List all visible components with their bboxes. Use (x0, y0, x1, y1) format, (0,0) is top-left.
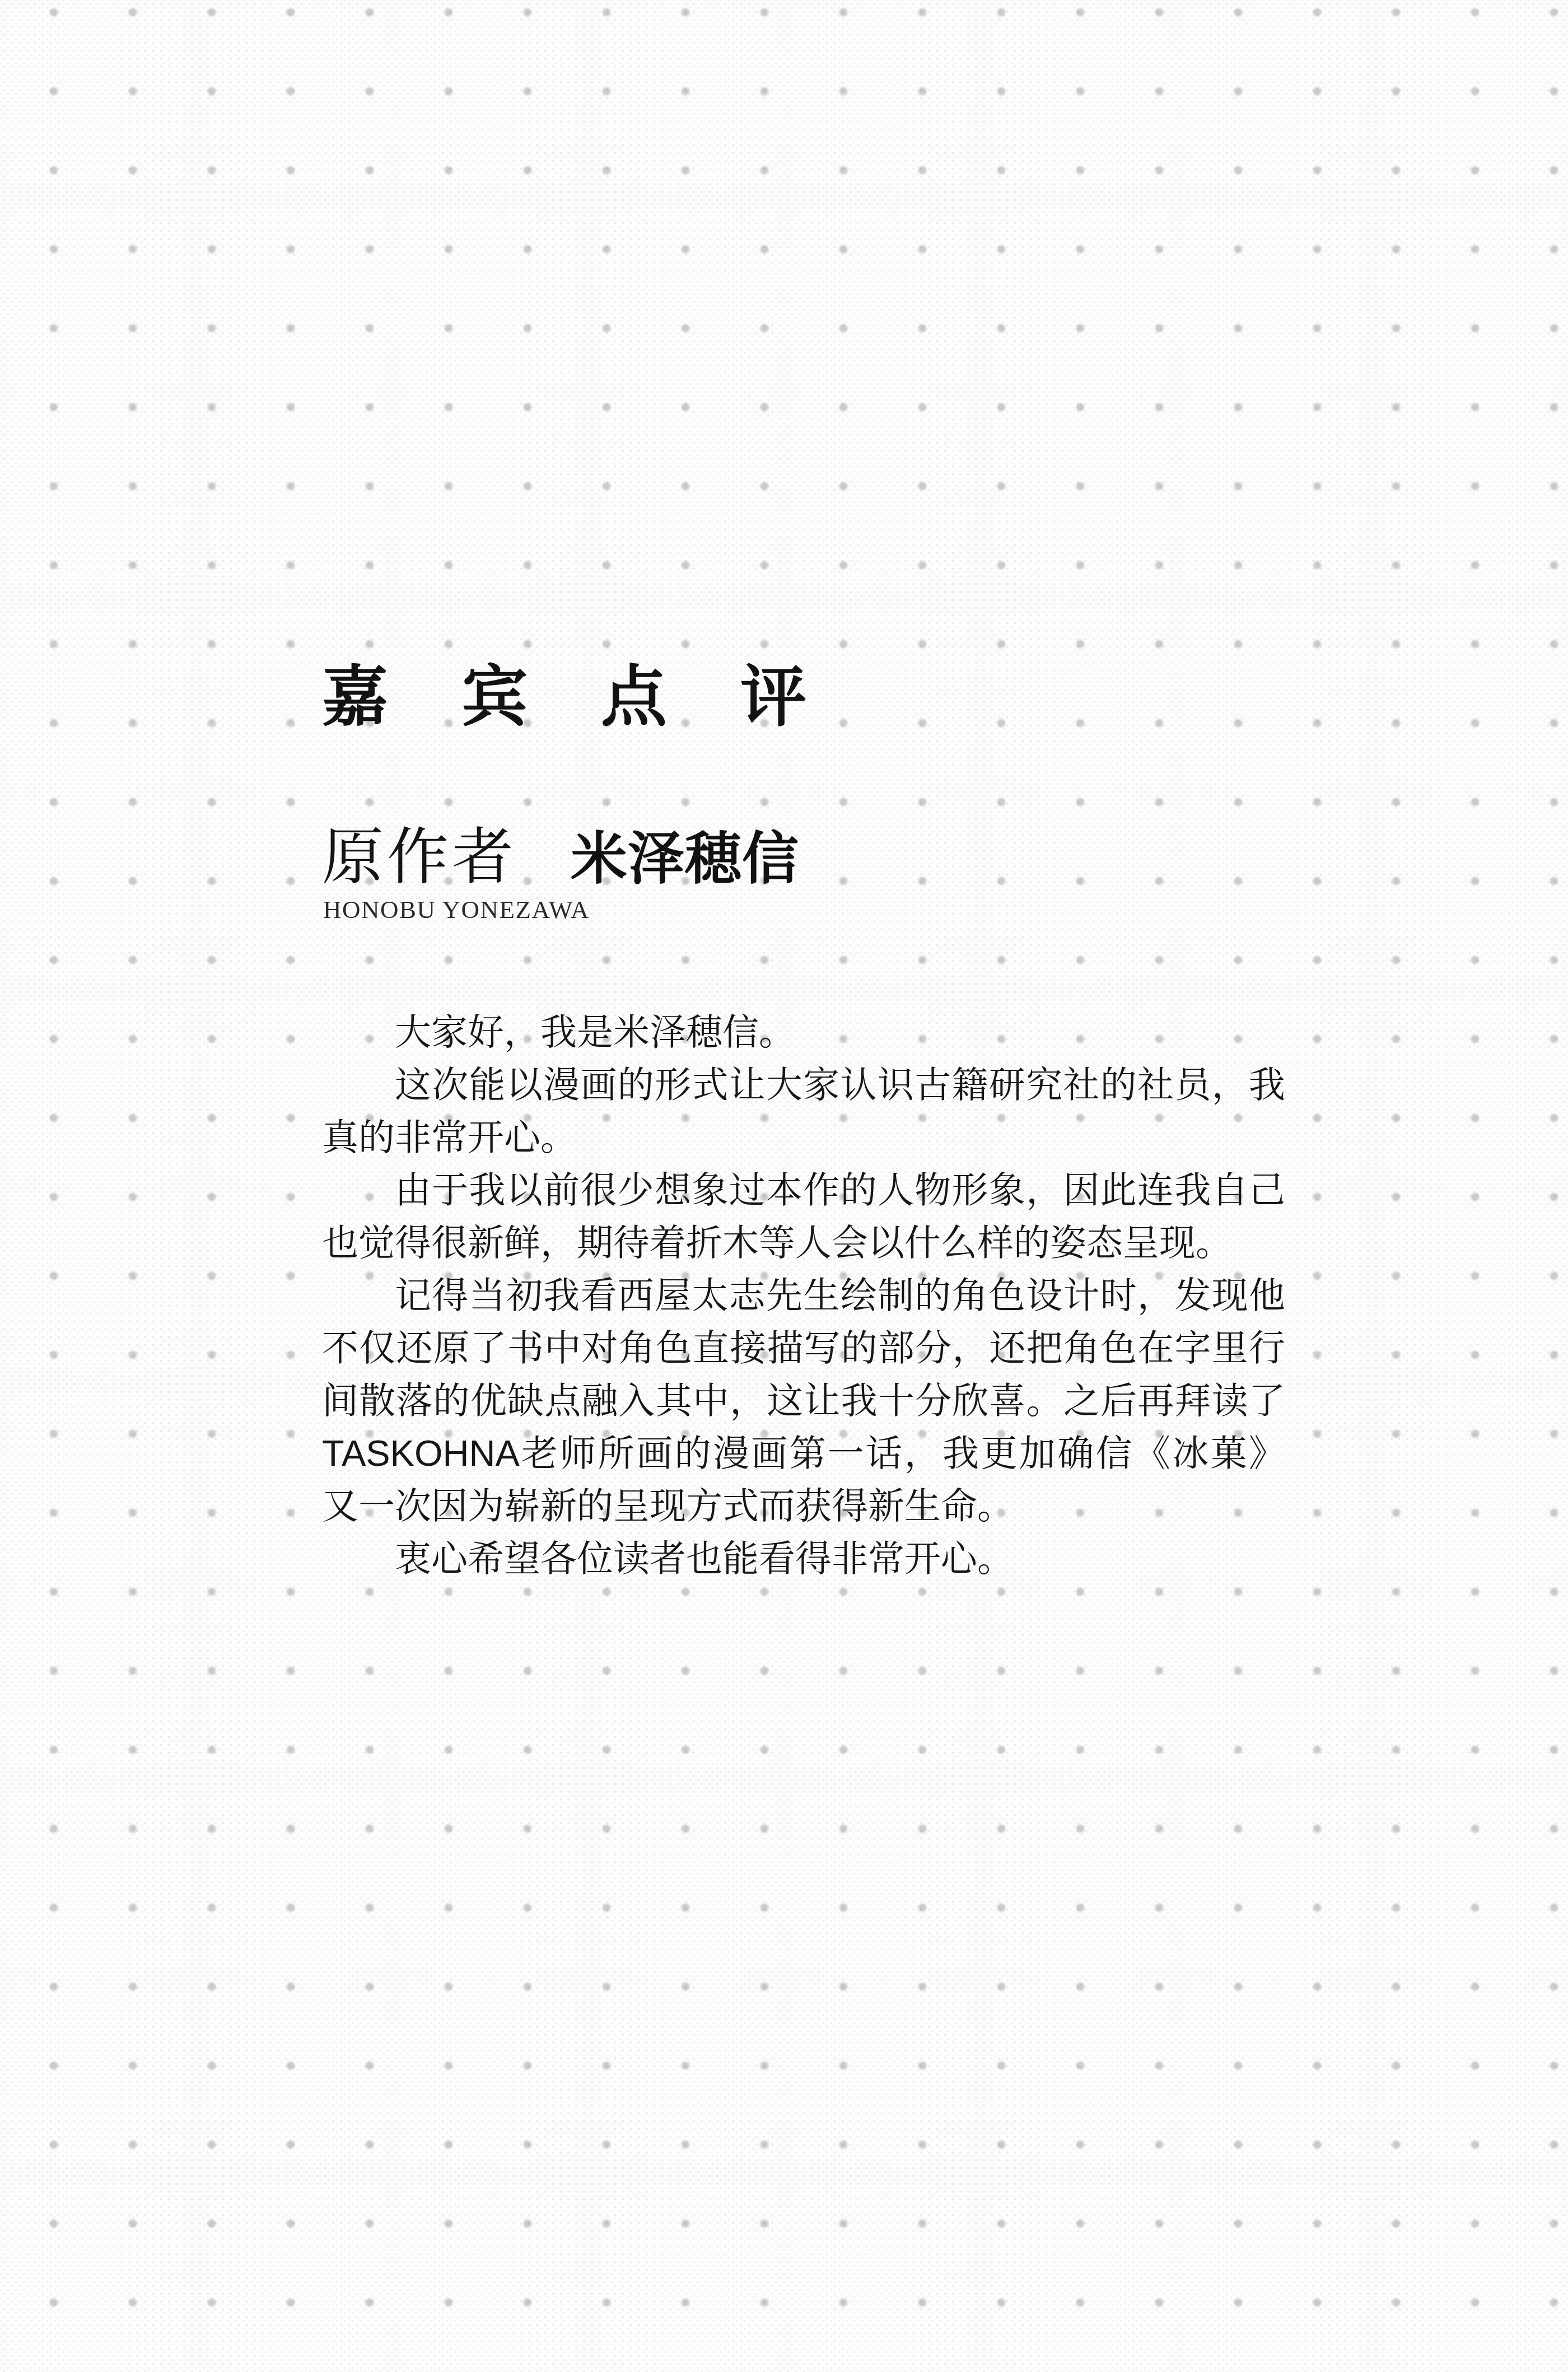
body-line: 真的非常开心。 (322, 1111, 1285, 1164)
author-row: 原作者 米泽穂信 (322, 813, 799, 896)
body-line: 由于我以前很少想象过本作的人物形象，因此连我自己 (322, 1164, 1285, 1217)
author-label: 原作者 (322, 820, 517, 896)
body-line: 间散落的优缺点融入其中，这让我十分欣喜。之后再拜读了 (322, 1374, 1285, 1427)
body-line: 记得当初我看西屋太志先生绘制的角色设计时，发现他 (322, 1269, 1285, 1322)
body-line: TASKOHNA老师所画的漫画第一话，我更加确信《冰菓》 (322, 1427, 1285, 1480)
commentary-text: 大家好，我是米泽穂信。 这次能以漫画的形式让大家认识古籍研究社的社员，我 真的非… (322, 1006, 1285, 1585)
author-romanized-name: HONOBU YONEZAWA (323, 895, 590, 924)
body-line: 大家好，我是米泽穂信。 (322, 1006, 1285, 1059)
body-line: 又一次因为崭新的呈现方式而获得新生命。 (322, 1480, 1285, 1532)
author-name: 米泽穂信 (571, 813, 799, 894)
body-line: 不仅还原了书中对角色直接描写的部分，还把角色在字里行 (322, 1322, 1285, 1374)
body-line: 衷心希望各位读者也能看得非常开心。 (322, 1532, 1285, 1585)
body-line: 这次能以漫画的形式让大家认识古籍研究社的社员，我 (322, 1059, 1285, 1111)
body-line: 也觉得很新鲜，期待着折木等人会以什么样的姿态呈现。 (322, 1217, 1285, 1269)
page-title: 嘉宾点评 (322, 658, 880, 737)
book-page: 嘉宾点评 原作者 米泽穂信 HONOBU YONEZAWA 大家好，我是米泽穂信… (0, 0, 1568, 2372)
